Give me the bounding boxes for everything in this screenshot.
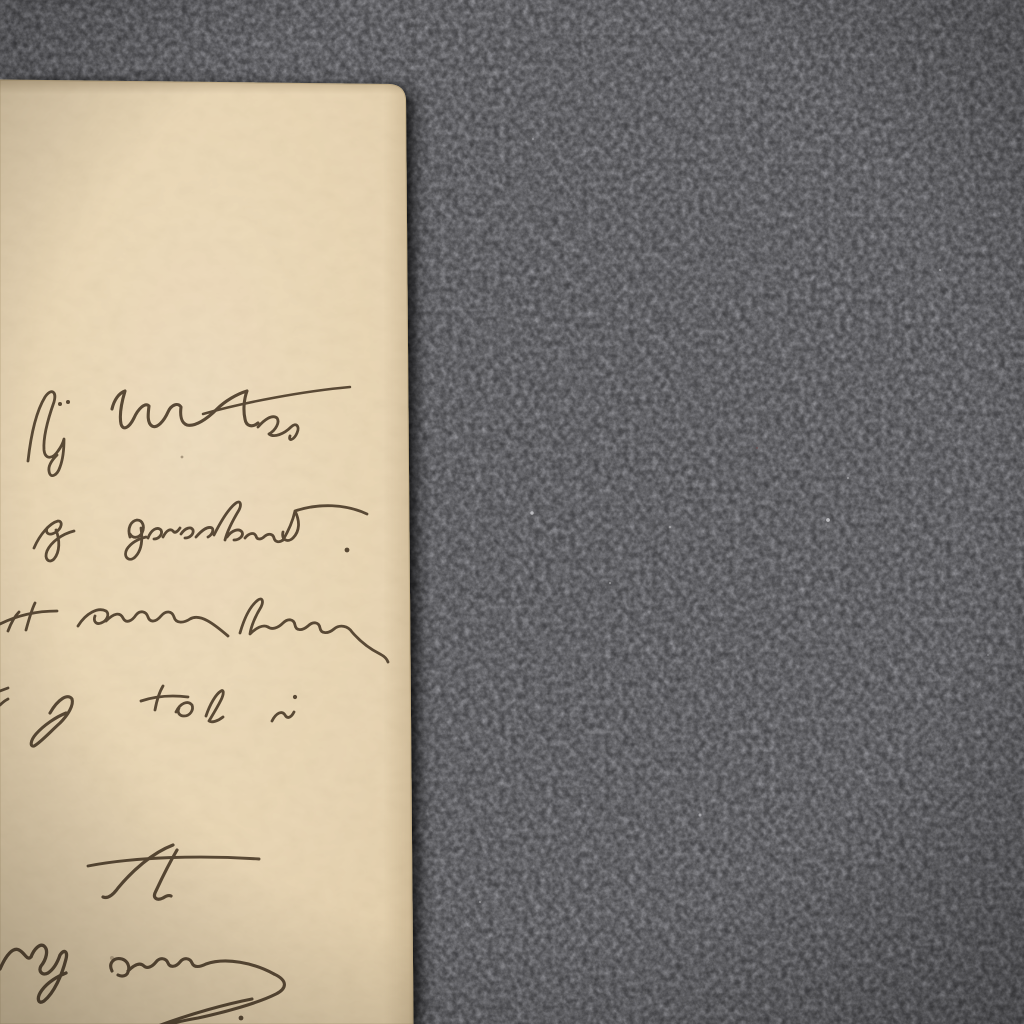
photo-canvas [0,0,1024,1024]
letter-photograph: Photograph of the right portion of a han… [0,0,1024,1024]
vignette-overlay [0,0,1024,1024]
